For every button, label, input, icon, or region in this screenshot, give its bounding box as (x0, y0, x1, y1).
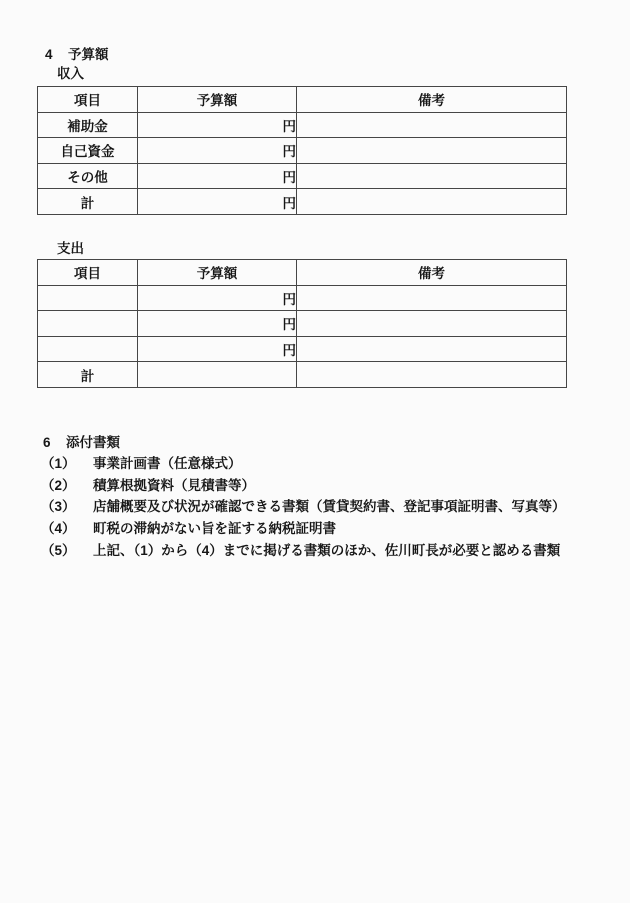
income-item-cell: 計 (38, 189, 138, 215)
expense-table: 項目 予算額 備考 円 円 円 計 (37, 259, 567, 388)
expense-item-cell: 計 (38, 362, 138, 388)
income-note-cell (297, 163, 567, 189)
expense-note-cell (297, 285, 567, 311)
income-amount-cell: 円 (138, 112, 297, 138)
expense-table-row: 円 (38, 311, 567, 337)
income-amount-cell: 円 (138, 189, 297, 215)
expense-note-cell (297, 336, 567, 362)
expense-amount-cell: 円 (138, 336, 297, 362)
income-header-item: 項目 (38, 87, 138, 113)
income-note-cell (297, 138, 567, 164)
expense-item-cell (38, 336, 138, 362)
income-table-total-row: 計 円 (38, 189, 567, 215)
budget-section-heading: 4 予算額 (45, 48, 109, 62)
income-table: 項目 予算額 備考 補助金 円 自己資金 円 その他 円 計 円 (37, 86, 567, 215)
income-amount-cell: 円 (138, 163, 297, 189)
income-table-row: 自己資金 円 (38, 138, 567, 164)
expense-amount-cell: 円 (138, 285, 297, 311)
attachment-item: （2） 積算根拠資料（見積書等） (41, 479, 255, 493)
attachment-item-text: 上記、（1）から（4）までに掲げる書類のほか、佐川町長が必要と認める書類 (93, 544, 560, 558)
income-label: 収入 (57, 67, 84, 81)
expense-note-cell (297, 362, 567, 388)
expense-table-row: 円 (38, 336, 567, 362)
attachment-item: （4） 町税の滞納がない旨を証する納税証明書 (41, 522, 336, 536)
expense-table-row: 円 (38, 285, 567, 311)
expense-table-total-row: 計 (38, 362, 567, 388)
income-header-note: 備考 (297, 87, 567, 113)
expense-header-note: 備考 (297, 260, 567, 286)
income-table-header-row: 項目 予算額 備考 (38, 87, 567, 113)
attachment-item-text: 店舗概要及び状況が確認できる書類（賃貸契約書、登記事項証明書、写真等） (93, 500, 566, 514)
attachments-section-heading: 6 添付書類 (43, 436, 120, 450)
income-item-cell: 自己資金 (38, 138, 138, 164)
attachment-item-number: （4） (41, 522, 93, 536)
budget-section-title: 予算額 (68, 48, 109, 62)
income-item-cell: その他 (38, 163, 138, 189)
attachment-item-number: （1） (41, 457, 93, 471)
income-table-row: その他 円 (38, 163, 567, 189)
attachment-item-number: （3） (41, 500, 93, 514)
expense-amount-cell: 円 (138, 311, 297, 337)
attachments-section-number: 6 (43, 436, 66, 450)
expense-table-header-row: 項目 予算額 備考 (38, 260, 567, 286)
income-amount-cell: 円 (138, 138, 297, 164)
attachment-item-text: 積算根拠資料（見積書等） (93, 479, 255, 493)
expense-note-cell (297, 311, 567, 337)
attachment-item-number: （2） (41, 479, 93, 493)
expense-amount-cell (138, 362, 297, 388)
attachment-item: （1） 事業計画書（任意様式） (41, 457, 242, 471)
income-note-cell (297, 112, 567, 138)
income-note-cell (297, 189, 567, 215)
expense-label: 支出 (57, 242, 84, 256)
expense-header-amount: 予算額 (138, 260, 297, 286)
attachment-item-text: 町税の滞納がない旨を証する納税証明書 (93, 522, 336, 536)
attachment-item-number: （5） (41, 544, 93, 558)
expense-header-item: 項目 (38, 260, 138, 286)
attachment-item-text: 事業計画書（任意様式） (93, 457, 242, 471)
income-table-row: 補助金 円 (38, 112, 567, 138)
expense-item-cell (38, 285, 138, 311)
income-item-cell: 補助金 (38, 112, 138, 138)
attachment-item: （3） 店舗概要及び状況が確認できる書類（賃貸契約書、登記事項証明書、写真等） (41, 500, 566, 514)
attachment-item: （5） 上記、（1）から（4）までに掲げる書類のほか、佐川町長が必要と認める書類 (41, 544, 560, 558)
expense-item-cell (38, 311, 138, 337)
attachments-section-title: 添付書類 (66, 436, 120, 450)
budget-section-number: 4 (45, 48, 68, 62)
income-header-amount: 予算額 (138, 87, 297, 113)
